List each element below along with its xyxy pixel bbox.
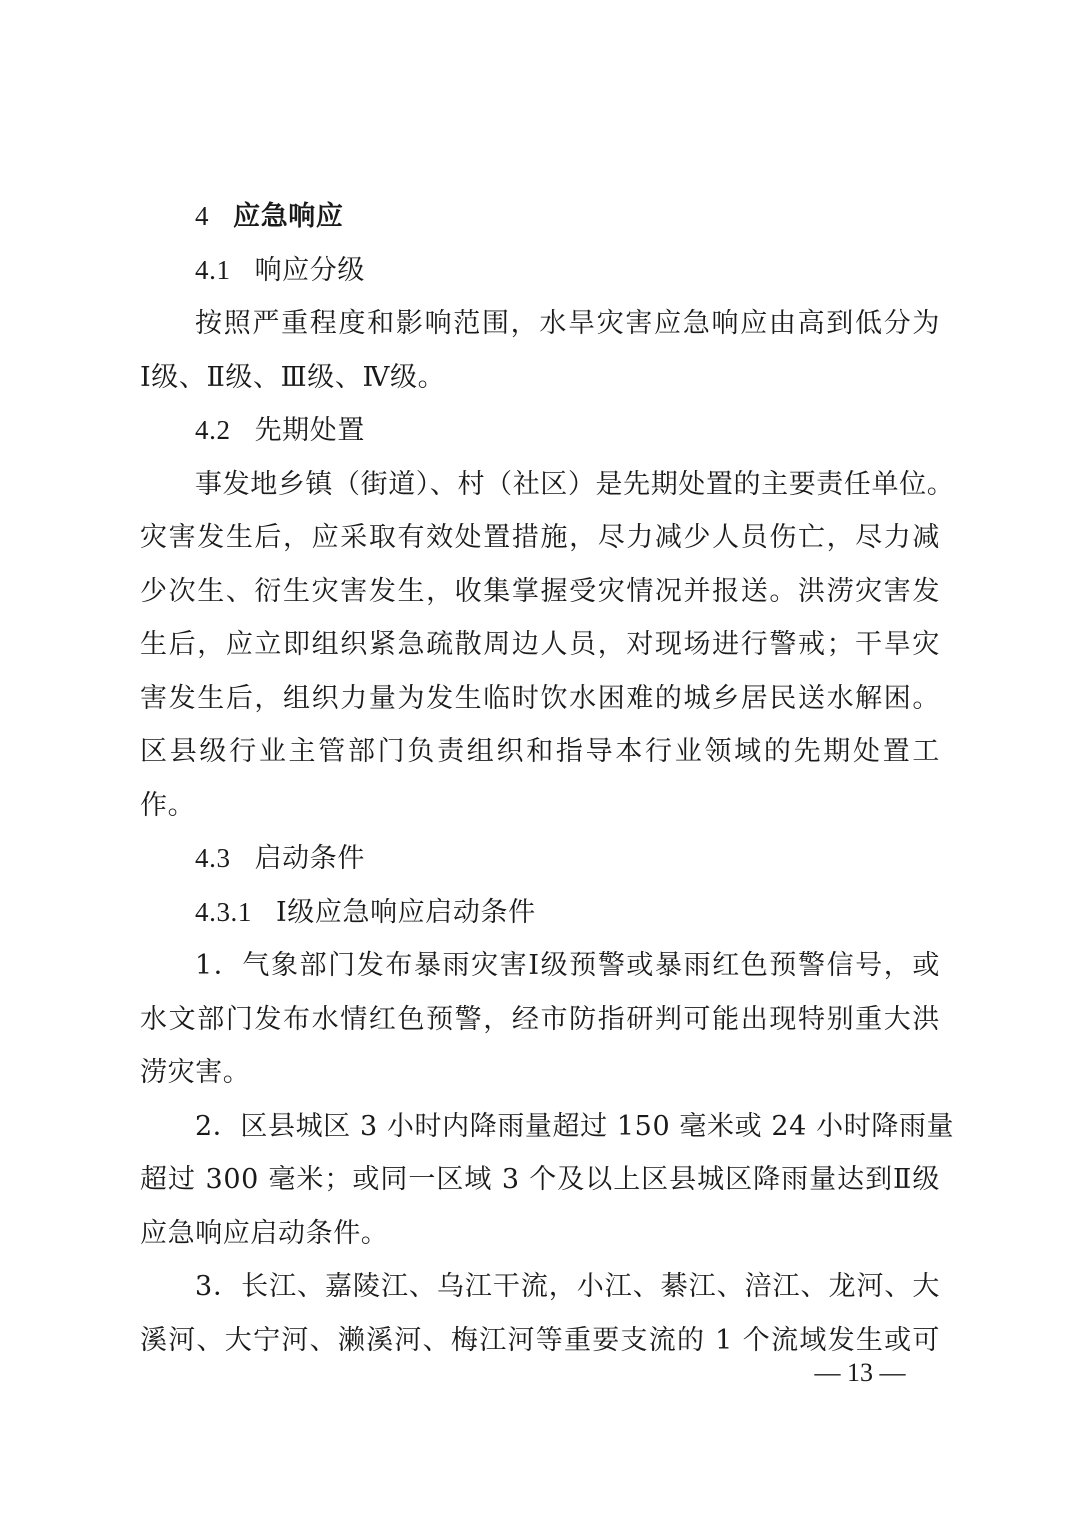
paragraph-line: Ⅰ级、Ⅱ级、Ⅲ级、Ⅳ级。 [140, 351, 940, 405]
condition-item-2: 2．区县城区 3 小时内降雨量超过 150 毫米或 24 小时降雨量 超过 30… [140, 1100, 940, 1261]
section-number: 4.3 [195, 843, 231, 873]
section-title: 启动条件 [255, 843, 365, 874]
section-heading-4-1: 4.1响应分级 [140, 244, 940, 298]
section-title: 应急响应 [233, 201, 343, 232]
paragraph-line: 3．长江、嘉陵江、乌江干流，小江、綦江、涪江、龙河、大 [140, 1260, 940, 1314]
section-title: 响应分级 [255, 255, 365, 286]
section-heading-4: 4应急响应 [140, 190, 940, 244]
paragraph-line: 2．区县城区 3 小时内降雨量超过 150 毫米或 24 小时降雨量 [140, 1100, 940, 1154]
paragraph-line: 作。 [140, 779, 940, 833]
section-title: Ⅰ级应急响应启动条件 [276, 897, 536, 928]
paragraph-line: 少次生、衍生灾害发生，收集掌握受灾情况并报送。洪涝灾害发 [140, 565, 940, 619]
condition-item-3: 3．长江、嘉陵江、乌江干流，小江、綦江、涪江、龙河、大 溪河、大宁河、濑溪河、梅… [140, 1260, 940, 1367]
document-page: 4应急响应 4.1响应分级 按照严重程度和影响范围，水旱灾害应急响应由高到低分为… [140, 190, 940, 1367]
paragraph-line: 超过 300 毫米；或同一区域 3 个及以上区县城区降雨量达到Ⅱ级 [140, 1153, 940, 1207]
paragraph-line: 涝灾害。 [140, 1046, 940, 1100]
paragraph-line: 灾害发生后，应采取有效处置措施，尽力减少人员伤亡，尽力减 [140, 511, 940, 565]
section-heading-4-3-1: 4.3.1Ⅰ级应急响应启动条件 [140, 886, 940, 940]
paragraph-line: 水文部门发布水情红色预警，经市防指研判可能出现特别重大洪 [140, 993, 940, 1047]
paragraph-response-levels: 按照严重程度和影响范围，水旱灾害应急响应由高到低分为 Ⅰ级、Ⅱ级、Ⅲ级、Ⅳ级。 [140, 297, 940, 404]
section-title: 先期处置 [255, 415, 365, 446]
section-number: 4 [195, 201, 209, 231]
paragraph-initial-response: 事发地乡镇（街道）、村（社区）是先期处置的主要责任单位。 灾害发生后，应采取有效… [140, 458, 940, 833]
condition-item-1: 1．气象部门发布暴雨灾害Ⅰ级预警或暴雨红色预警信号，或 水文部门发布水情红色预警… [140, 939, 940, 1100]
paragraph-line: 害发生后，组织力量为发生临时饮水困难的城乡居民送水解困。 [140, 672, 940, 726]
section-heading-4-3: 4.3启动条件 [140, 832, 940, 886]
paragraph-line: 1．气象部门发布暴雨灾害Ⅰ级预警或暴雨红色预警信号，或 [140, 939, 940, 993]
section-number: 4.3.1 [195, 897, 252, 927]
page-number: — 13 — [800, 1358, 920, 1388]
paragraph-line: 应急响应启动条件。 [140, 1207, 940, 1261]
section-number: 4.1 [195, 255, 231, 285]
paragraph-line: 生后，应立即组织紧急疏散周边人员，对现场进行警戒；干旱灾 [140, 618, 940, 672]
paragraph-line: 按照严重程度和影响范围，水旱灾害应急响应由高到低分为 [140, 297, 940, 351]
paragraph-line: 区县级行业主管部门负责组织和指导本行业领域的先期处置工 [140, 725, 940, 779]
paragraph-line: 事发地乡镇（街道）、村（社区）是先期处置的主要责任单位。 [140, 458, 940, 512]
section-heading-4-2: 4.2先期处置 [140, 404, 940, 458]
section-number: 4.2 [195, 415, 231, 445]
